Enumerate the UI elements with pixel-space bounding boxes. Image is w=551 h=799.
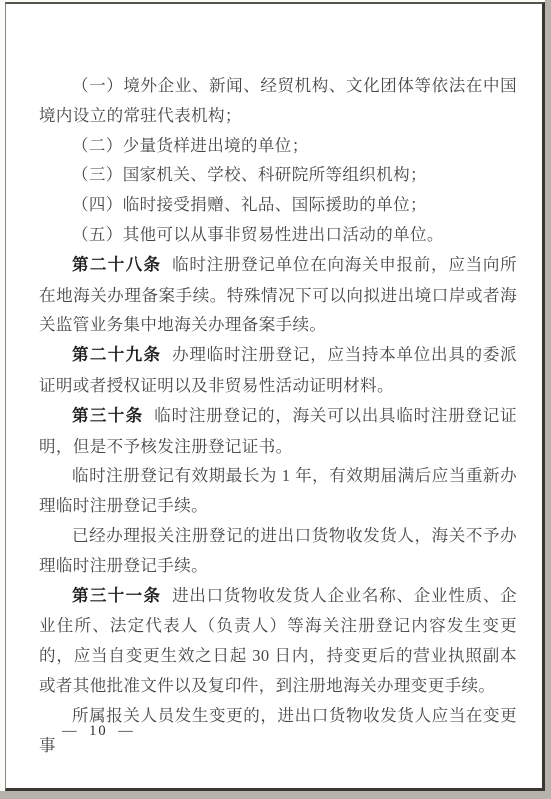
scan-edge-right <box>545 0 551 799</box>
paragraph-text: 临时注册登记有效期最长为 1 年，有效期届满后应当重新办理临时注册登记手续。 <box>39 466 517 515</box>
paragraph: 第三十一条进出口货物收发货人企业名称、企业性质、企业住所、法定代表人（负责人）等… <box>39 581 517 701</box>
paragraph: （二）少量货样进出境的单位； <box>39 131 517 161</box>
paragraph-text: （四）临时接受捐赠、礼品、国际援助的单位； <box>72 195 427 214</box>
article-number: 第二十八条 <box>72 256 161 274</box>
paragraph-text: （五）其他可以从事非贸易性进出口活动的单位。 <box>72 225 444 244</box>
article-number: 第三十一条 <box>72 587 161 605</box>
paragraph: （三）国家机关、学校、科研院所等组织机构； <box>39 160 517 190</box>
paragraph: 第三十条临时注册登记的，海关可以出具临时注册登记证明，但是不予核发注册登记证书。 <box>39 401 517 462</box>
paragraph-text: （二）少量货样进出境的单位； <box>72 136 309 155</box>
paragraph-text: （一）境外企业、新闻、经贸机构、文化团体等依法在中国境内设立的常驻代表机构； <box>39 76 517 125</box>
paragraph: 第二十八条临时注册登记单位在向海关申报前，应当向所在地海关办理备案手续。特殊情况… <box>39 250 517 340</box>
article-number: 第二十九条 <box>72 346 161 364</box>
paragraph-text: 已经办理报关注册登记的进出口货物收发货人，海关不予办理临时注册登记手续。 <box>39 526 517 575</box>
article-number: 第三十条 <box>72 407 144 425</box>
paragraph: （五）其他可以从事非贸易性进出口活动的单位。 <box>39 220 517 250</box>
scanned-page-screen: （一）境外企业、新闻、经贸机构、文化团体等依法在中国境内设立的常驻代表机构； （… <box>0 0 551 799</box>
paragraph-text: （三）国家机关、学校、科研院所等组织机构； <box>72 165 427 184</box>
paragraph: （一）境外企业、新闻、经贸机构、文化团体等依法在中国境内设立的常驻代表机构； <box>39 71 517 131</box>
paragraph: 临时注册登记有效期最长为 1 年，有效期届满后应当重新办理临时注册登记手续。 <box>39 461 517 521</box>
document-page: （一）境外企业、新闻、经贸机构、文化团体等依法在中国境内设立的常驻代表机构； （… <box>5 2 545 791</box>
paragraph: （四）临时接受捐赠、礼品、国际援助的单位； <box>39 190 517 220</box>
scan-edge-bottom <box>0 791 551 799</box>
page-number: — 10 — <box>62 723 135 740</box>
paragraph: 第二十九条办理临时注册登记，应当持本单位出具的委派证明或者授权证明以及非贸易性活… <box>39 340 517 401</box>
paragraph: 已经办理报关注册登记的进出口货物收发货人，海关不予办理临时注册登记手续。 <box>39 521 517 581</box>
document-body: （一）境外企业、新闻、经贸机构、文化团体等依法在中国境内设立的常驻代表机构； （… <box>39 71 517 760</box>
